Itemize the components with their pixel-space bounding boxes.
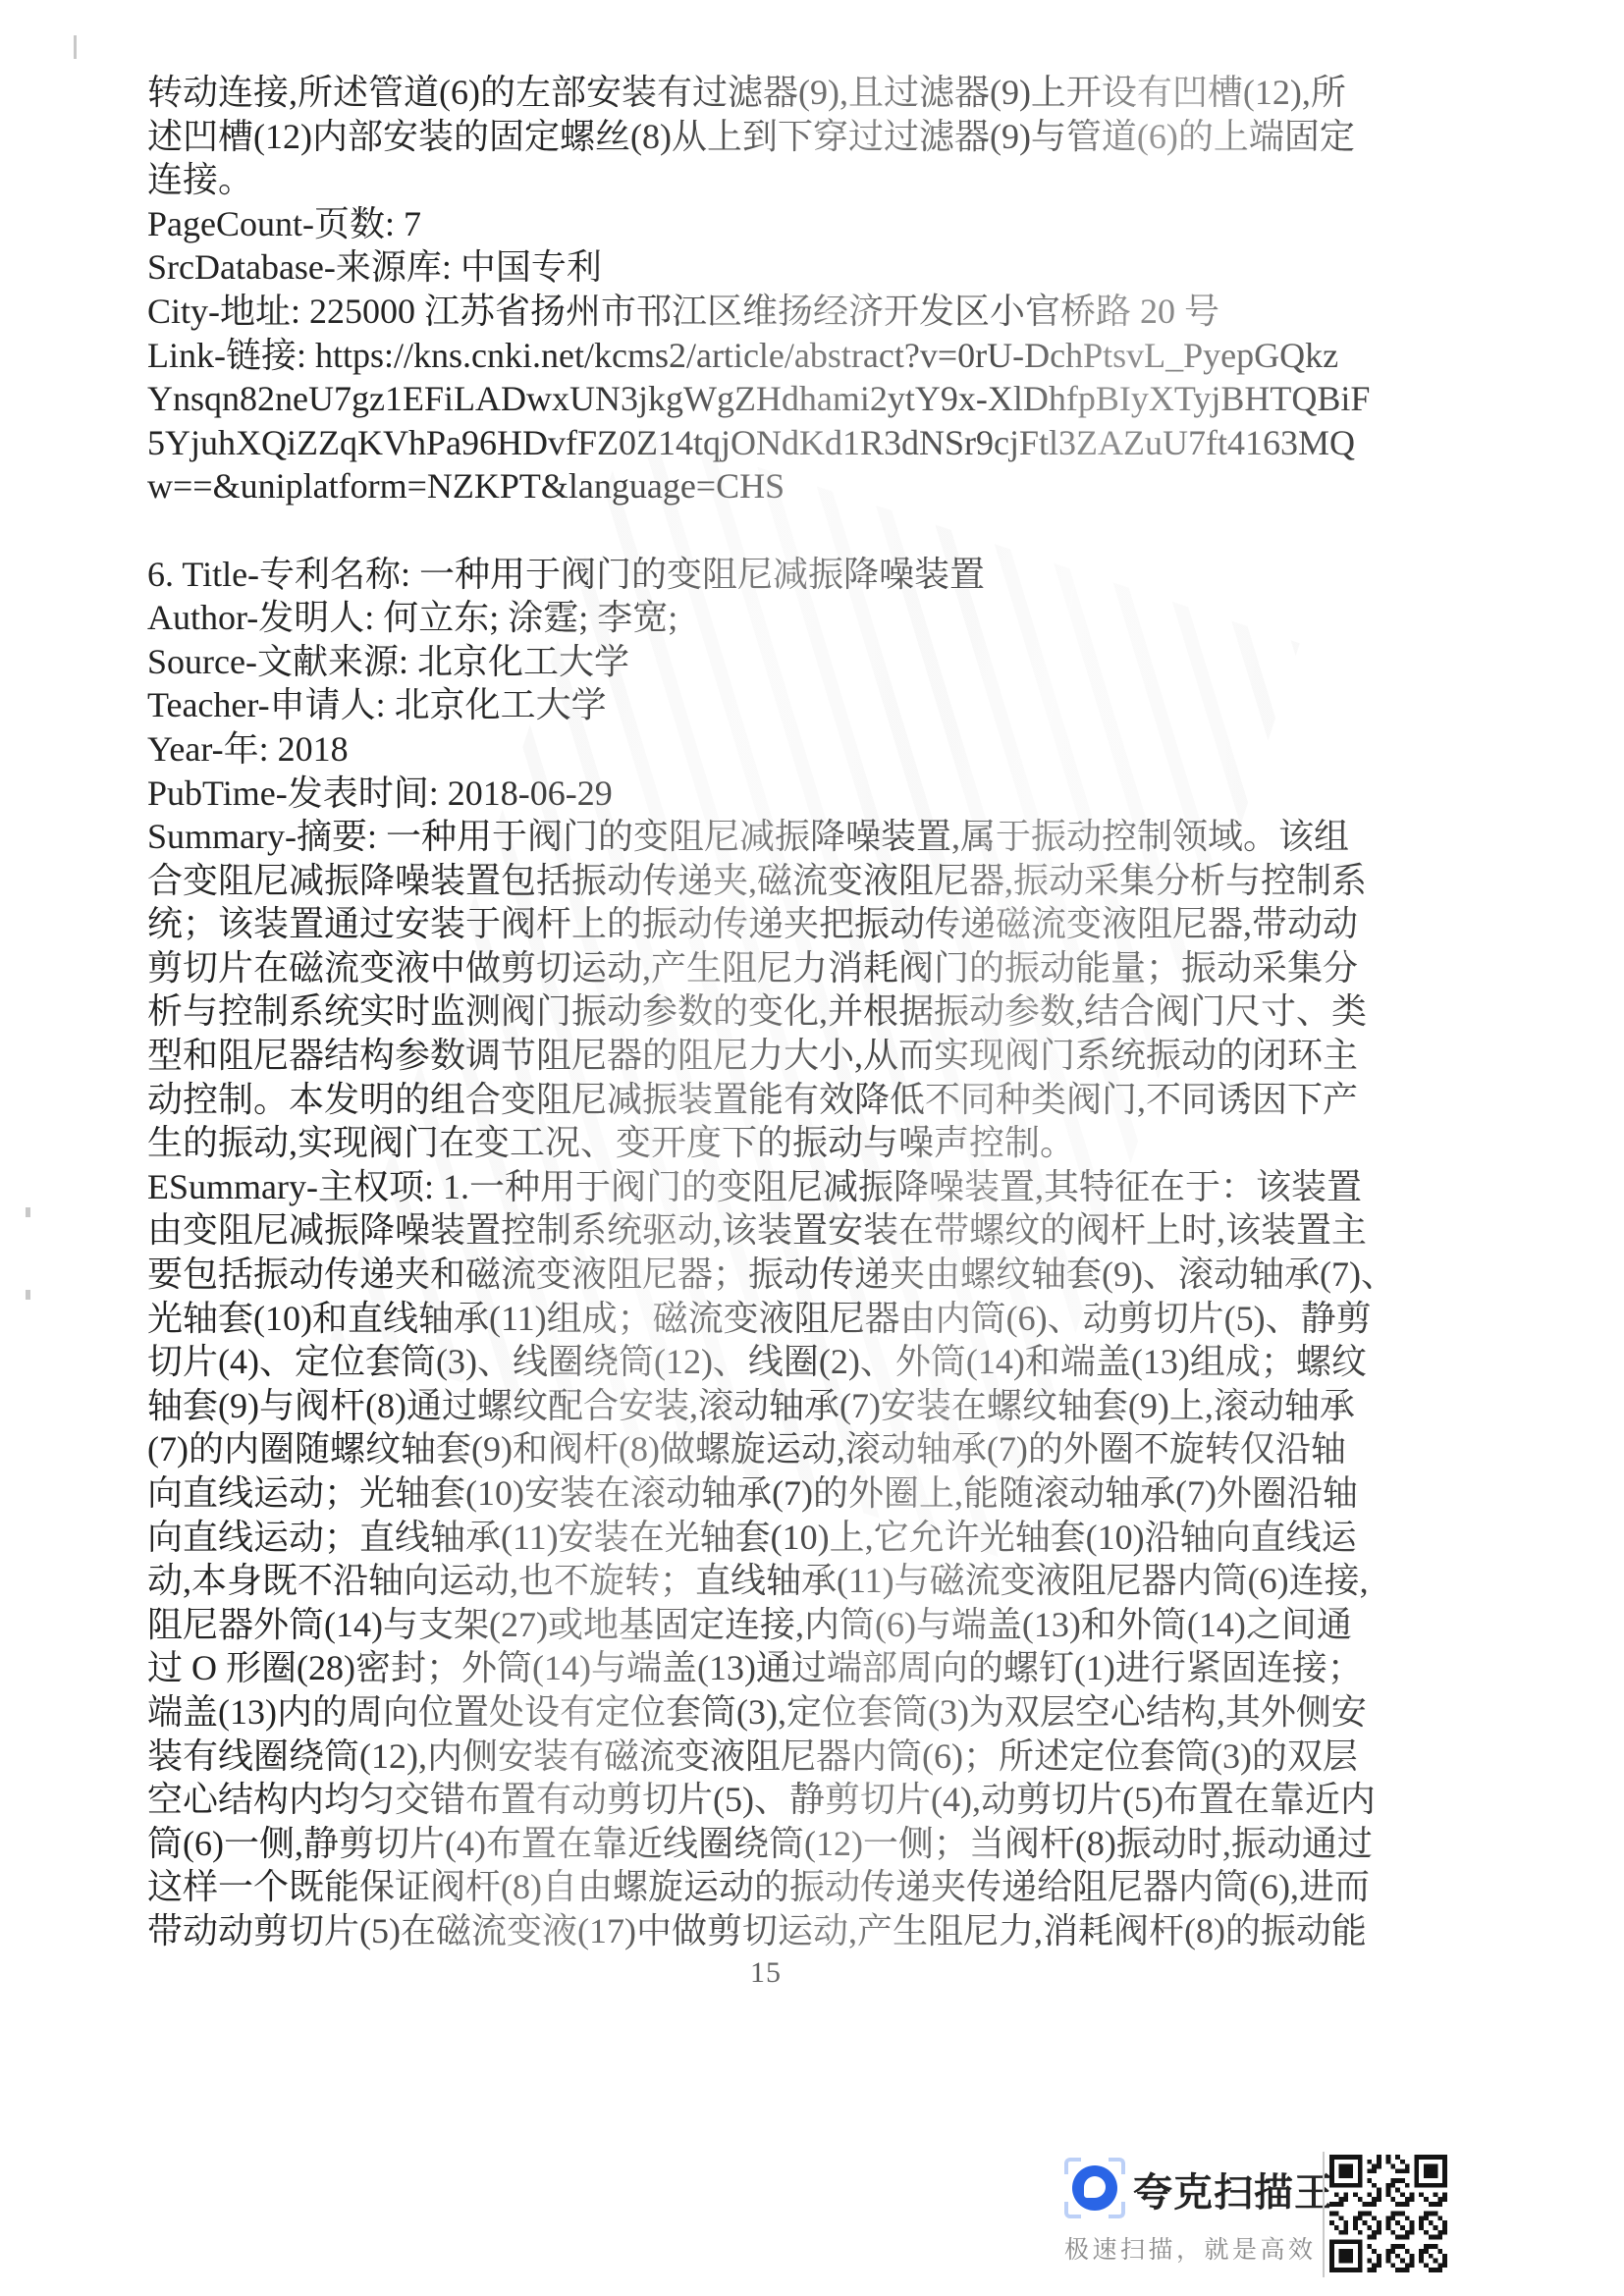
footer-divider (1323, 2152, 1325, 2277)
text-line: Teacher-申请人: 北京化工大学 (147, 683, 1506, 727)
quark-logo-circle-icon (1072, 2165, 1117, 2211)
text-line: Year-年: 2018 (147, 727, 1506, 772)
text-line: 述凹槽(12)内部安装的固定螺丝(8)从上到下穿过过滤器(9)与管道(6)的上端… (147, 115, 1506, 159)
page-number: 15 (0, 1956, 1532, 1990)
text-line: SrcDatabase-来源库: 中国专利 (147, 245, 1506, 290)
scan-artifact (26, 1207, 30, 1217)
scanner-brand-footer: 夸克扫描王 极速扫描，就是高效 (1058, 2138, 1471, 2285)
text-line: 剪切片在磁流变液中做剪切运动,产生阻尼力消耗阀门的振动能量；振动采集分 (147, 946, 1506, 990)
text-line: 这样一个既能保证阀杆(8)自由螺旋运动的振动传递夹传递给阻尼器内筒(6),进而 (147, 1865, 1506, 1909)
text-line: 空心结构内均匀交错布置有动剪切片(5)、静剪切片(4),动剪切片(5)布置在靠近… (147, 1778, 1506, 1822)
text-line: 动,本身既不沿轴向运动,也不旋转；直线轴承(11)与磁流变液阻尼器内筒(6)连接… (147, 1559, 1506, 1603)
text-line: 析与控制系统实时监测阀门振动参数的变化,并根据振动参数,结合阀门尺寸、类 (147, 989, 1506, 1034)
scan-artifact (74, 35, 77, 59)
text-line: 动控制。本发明的组合变阻尼减振装置能有效降低不同种类阀门,不同诱因下产 (147, 1078, 1506, 1122)
text-line: 切片(4)、定位套筒(3)、线圈绕筒(12)、线圈(2)、外筒(14)和端盖(1… (147, 1340, 1506, 1384)
scan-artifact (26, 1290, 30, 1300)
text-line: 型和阻尼器结构参数调节阻尼器的阻尼力大小,从而实现阀门系统振动的闭环主 (147, 1034, 1506, 1078)
scanned-page: 转动连接,所述管道(6)的左部安装有过滤器(9),且过滤器(9)上开设有凹槽(1… (0, 0, 1624, 2296)
brand-name: 夸克扫描王 (1133, 2162, 1334, 2217)
text-line: 轴套(9)与阀杆(8)通过螺纹配合安装,滚动轴承(7)安装在螺纹轴套(9)上,滚… (147, 1384, 1506, 1428)
text-line: 要包括振动传递夹和磁流变液阻尼器；振动传递夹由螺纹轴套(9)、滚动轴承(7)、 (147, 1253, 1506, 1297)
text-line: 6. Title-专利名称: 一种用于阀门的变阻尼减振降噪装置 (147, 553, 1506, 597)
text-line: (7)的内圈随螺纹轴套(9)和阀杆(8)做螺旋运动,滚动轴承(7)的外圈不旋转仅… (147, 1427, 1506, 1471)
section-record-meta: PageCount-页数: 7SrcDatabase-来源库: 中国专利City… (147, 202, 1506, 508)
document-body: 转动连接,所述管道(6)的左部安装有过滤器(9),且过滤器(9)上开设有凹槽(1… (147, 71, 1506, 1953)
text-line: City-地址: 225000 江苏省扬州市邗江区维扬经济开发区小官桥路 20 … (147, 290, 1506, 334)
text-line: 端盖(13)内的周向位置处设有定位套筒(3),定位套筒(3)为双层空心结构,其外… (147, 1690, 1506, 1735)
text-line: 带动动剪切片(5)在磁流变液(17)中做剪切运动,产生阻尼力,消耗阀杆(8)的振… (147, 1909, 1506, 1953)
quark-logo-glyph-icon (1084, 2176, 1106, 2198)
text-line: Link-链接: https://kns.cnki.net/kcms2/arti… (147, 334, 1506, 378)
text-line: 由变阻尼减振降噪装置控制系统驱动,该装置安装在带螺纹的阀杆上时,该装置主 (147, 1208, 1506, 1253)
text-line: 转动连接,所述管道(6)的左部安装有过滤器(9),且过滤器(9)上开设有凹槽(1… (147, 71, 1506, 115)
text-line: 向直线运动；直线轴承(11)安装在光轴套(10)上,它允许光轴套(10)沿轴向直… (147, 1516, 1506, 1560)
text-line: 阻尼器外筒(14)与支架(27)或地基固定连接,内筒(6)与端盖(13)和外筒(… (147, 1603, 1506, 1647)
text-line: Author-发明人: 何立东; 涂霆; 李宽; (147, 596, 1506, 640)
text-line: Source-文献来源: 北京化工大学 (147, 640, 1506, 684)
text-line: PubTime-发表时间: 2018-06-29 (147, 772, 1506, 816)
text-line: PageCount-页数: 7 (147, 202, 1506, 246)
text-line: 过 O 形圈(28)密封；外筒(14)与端盖(13)通过端部周向的螺钉(1)进行… (147, 1646, 1506, 1690)
text-line: w==&uniplatform=NZKPT&language=CHS (147, 464, 1506, 508)
text-line: 装有线圈绕筒(12),内侧安装有磁流变液阻尼器内筒(6)；所述定位套筒(3)的双… (147, 1735, 1506, 1779)
brand-tagline: 极速扫描，就是高效 (1064, 2230, 1317, 2266)
text-line: 光轴套(10)和直线轴承(11)组成；磁流变液阻尼器由内筒(6)、动剪切片(5)… (147, 1297, 1506, 1341)
text-line: Ynsqn82neU7gz1EFiLADwxUN3jkgWgZHdhami2yt… (147, 377, 1506, 421)
quark-scan-logo-icon (1064, 2158, 1125, 2218)
text-line: 连接。 (147, 158, 1506, 202)
text-line: 向直线运动；光轴套(10)安装在滚动轴承(7)的外圈上,能随滚动轴承(7)外圈沿… (147, 1471, 1506, 1516)
text-line: ESummary-主权项: 1.一种用于阀门的变阻尼减振降噪装置,其特征在于：该… (147, 1165, 1506, 1209)
text-line: 筒(6)一侧,静剪切片(4)布置在靠近线圈绕筒(12)一侧；当阀杆(8)振动时,… (147, 1822, 1506, 1866)
qr-code-icon (1329, 2154, 1447, 2273)
text-line: 统；该装置通过安装于阀杆上的振动传递夹把振动传递磁流变液阻尼器,带动动 (147, 902, 1506, 946)
text-line: 生的振动,实现阀门在变工况、变开度下的振动与噪声控制。 (147, 1121, 1506, 1165)
text-line: 5YjuhXQiZZqKVhPa96HDvfFZ0Z14tqjONdKd1R3d… (147, 421, 1506, 465)
viewfinder-corner-icon (1109, 2202, 1125, 2218)
section-record-6: 6. Title-专利名称: 一种用于阀门的变阻尼减振降噪装置Author-发明… (147, 553, 1506, 1953)
section-prev-record-tail: 转动连接,所述管道(6)的左部安装有过滤器(9),且过滤器(9)上开设有凹槽(1… (147, 71, 1506, 202)
text-line: 合变阻尼减振降噪装置包括振动传递夹,磁流变液阻尼器,振动采集分析与控制系 (147, 859, 1506, 903)
text-line: Summary-摘要: 一种用于阀门的变阻尼减振降噪装置,属于振动控制领域。该组 (147, 815, 1506, 859)
